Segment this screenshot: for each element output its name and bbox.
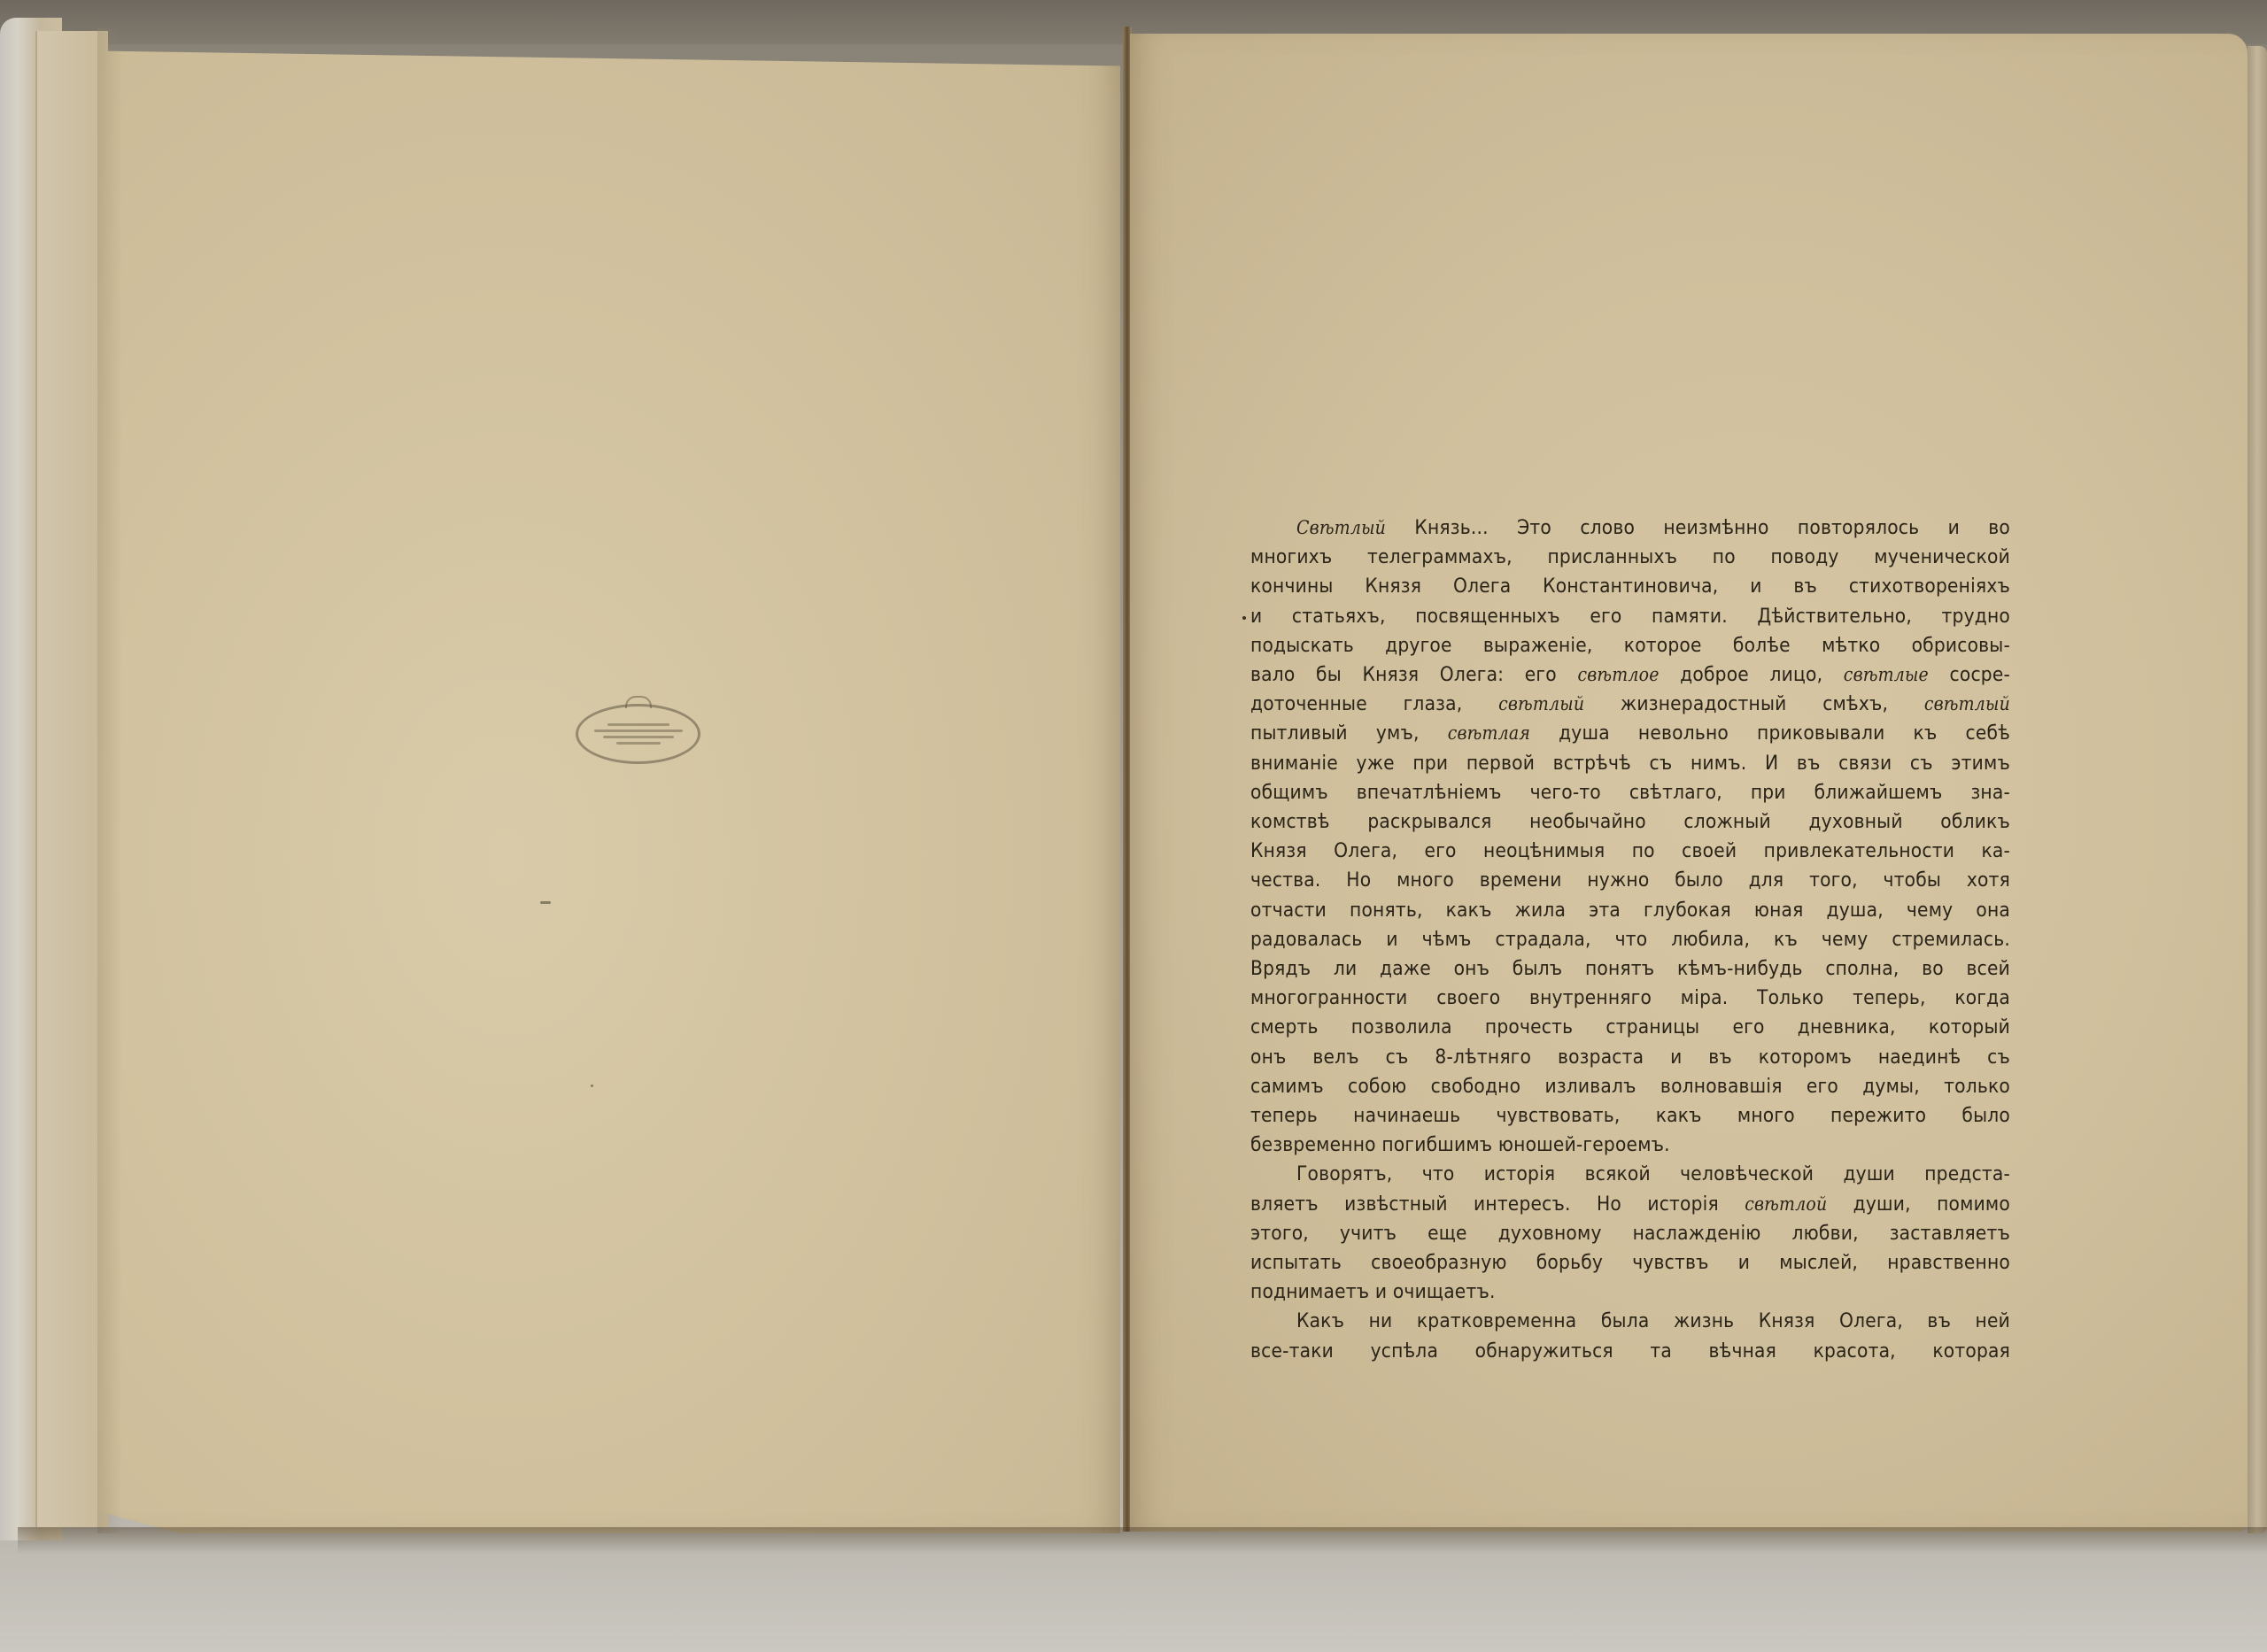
stamp-line (607, 723, 669, 726)
text-run: Какъ ни кратковременна была жизнь Князя … (1296, 1309, 2010, 1332)
text-line: доточенные глаза, свѣтлый жизнерадостный… (1250, 690, 2010, 719)
italic-word: Свѣтлый (1296, 517, 1386, 538)
text-line: вало бы Князя Олега: его свѣтлое доброе … (1250, 660, 2010, 690)
text-run: общимъ впечатлѣніемъ чего-то свѣтлаго, п… (1250, 781, 2010, 804)
text-run: доточенные глаза, (1250, 692, 1498, 715)
text-run: отчасти понять, какъ жила эта глубокая ю… (1250, 899, 2010, 922)
body-text: Свѣтлый Князь... Это слово неизмѣнно пов… (1250, 513, 2010, 1366)
text-line: этого, учитъ еще духовному наслажденію л… (1250, 1219, 2010, 1248)
text-line: кончины Князя Олега Константиновича, и в… (1250, 572, 2010, 601)
text-run: доброе лицо, (1660, 663, 1844, 686)
text-run: Князя Олега, его неоцѣнимыя по своей при… (1250, 839, 2010, 862)
page-stack-edge (2248, 46, 2267, 1533)
paragraph: Свѣтлый Князь... Это слово неизмѣнно пов… (1250, 513, 2010, 1160)
text-run: душа невольно приковывали къ себѣ (1530, 722, 2010, 745)
left-page-fold (97, 28, 122, 1533)
text-line: самимъ собою свободно изливалъ волновавш… (1250, 1072, 2010, 1101)
italic-word: свѣтлый (1498, 693, 1584, 714)
text-run: многихъ телеграммахъ, присланныхъ по пов… (1250, 545, 2010, 568)
text-line: комствѣ раскрывался необычайно сложный д… (1250, 807, 2010, 837)
stamp-crown-icon (625, 696, 652, 708)
text-line: безвременно погибшимъ юношей-героемъ. (1250, 1131, 2010, 1160)
text-line: радовалась и чѣмъ страдала, что любила, … (1250, 925, 2010, 954)
text-line: многогранности своего внутренняго міра. … (1250, 984, 2010, 1013)
text-run: Врядъ ли даже онъ былъ понятъ кѣмъ-нибуд… (1250, 957, 2010, 980)
italic-word: свѣтлые (1844, 664, 1929, 685)
text-line: подыскать другое выраженіе, которое болѣ… (1250, 631, 2010, 660)
italic-word: свѣтлая (1448, 722, 1530, 744)
stamp-line (603, 736, 674, 738)
text-line: Свѣтлый Князь... Это слово неизмѣнно пов… (1250, 513, 2010, 543)
text-line: все-таки успѣла обнаружиться та вѣчная к… (1250, 1337, 2010, 1366)
text-run: подыскать другое выраженіе, которое болѣ… (1250, 634, 2010, 657)
italic-word: свѣтлой (1745, 1193, 1827, 1215)
text-line: отчасти понять, какъ жила эта глубокая ю… (1250, 896, 2010, 925)
text-run: этого, учитъ еще духовному наслажденію л… (1250, 1222, 2010, 1245)
left-page (97, 28, 1120, 1533)
text-run: все-таки успѣла обнаружиться та вѣчная к… (1250, 1339, 2010, 1363)
text-run: пытливый умъ, (1250, 722, 1448, 745)
text-run: кончины Князя Олега Константиновича, и в… (1250, 575, 2010, 598)
text-line: чества. Но много времени нужно было для … (1250, 866, 2010, 895)
italic-word: свѣтлый (1924, 693, 2010, 714)
text-line: теперь начинаешь чувствовать, какъ много… (1250, 1101, 2010, 1131)
page-bottom-shadow (18, 1527, 2267, 1554)
text-run: чества. Но много времени нужно было для … (1250, 868, 2010, 892)
paragraph: Говорятъ, что исторія всякой человѣческо… (1250, 1160, 2010, 1307)
text-line: многихъ телеграммахъ, присланныхъ по пов… (1250, 543, 2010, 572)
text-run: вниманіе уже при первой встрѣчѣ съ нимъ.… (1250, 752, 2010, 775)
text-line: испытать своеобразную борьбу чувствъ и м… (1250, 1248, 2010, 1278)
text-run: радовалась и чѣмъ страдала, что любила, … (1250, 928, 2010, 951)
library-stamp-icon (576, 704, 700, 764)
text-run: сосре- (1929, 663, 2010, 686)
paragraph: Какъ ни кратковременна была жизнь Князя … (1250, 1307, 2010, 1365)
italic-word: свѣтлое (1577, 664, 1659, 685)
text-line: пытливый умъ, свѣтлая душа невольно прик… (1250, 719, 2010, 748)
stamp-line (594, 730, 683, 732)
margin-mark (1242, 616, 1246, 620)
text-run: многогранности своего внутренняго міра. … (1250, 986, 2010, 1009)
text-line: онъ велъ съ 8-лѣтняго возраста и въ кото… (1250, 1043, 2010, 1072)
text-run: смерть позволила прочесть страницы его д… (1250, 1015, 2010, 1038)
text-line: Князя Олега, его неоцѣнимыя по своей при… (1250, 837, 2010, 866)
text-line: Врядъ ли даже онъ былъ понятъ кѣмъ-нибуд… (1250, 954, 2010, 984)
text-line: поднимаетъ и очищаетъ. (1250, 1278, 2010, 1307)
text-run: онъ велъ съ 8-лѣтняго возраста и въ кото… (1250, 1046, 2010, 1069)
text-run: и статьяхъ, посвященныхъ его памяти. Дѣй… (1250, 605, 2010, 628)
text-run: вляетъ извѣстный интересъ. Но исторія (1250, 1193, 1745, 1216)
text-line: смерть позволила прочесть страницы его д… (1250, 1013, 2010, 1042)
text-run: поднимаетъ и очищаетъ. (1250, 1280, 1496, 1303)
paper-speck (540, 901, 551, 904)
text-run: жизнерадостный смѣхъ, (1584, 692, 1924, 715)
text-run: самимъ собою свободно изливалъ волновавш… (1250, 1075, 2010, 1098)
text-line: Какъ ни кратковременна была жизнь Князя … (1250, 1307, 2010, 1336)
text-line: общимъ впечатлѣніемъ чего-то свѣтлаго, п… (1250, 778, 2010, 807)
text-run: комствѣ раскрывался необычайно сложный д… (1250, 810, 2010, 833)
text-line: Говорятъ, что исторія всякой человѣческо… (1250, 1160, 2010, 1189)
text-run: теперь начинаешь чувствовать, какъ много… (1250, 1104, 2010, 1127)
book-photo: Свѣтлый Князь... Это слово неизмѣнно пов… (0, 0, 2267, 1652)
text-line: вниманіе уже при первой встрѣчѣ съ нимъ.… (1250, 749, 2010, 778)
text-line: вляетъ извѣстный интересъ. Но исторія св… (1250, 1190, 2010, 1219)
stamp-line (616, 742, 661, 745)
paper-speck (591, 1085, 593, 1087)
text-run: вало бы Князя Олега: его (1250, 663, 1577, 686)
text-run: Говорятъ, что исторія всякой человѣческо… (1296, 1162, 2010, 1185)
text-run: безвременно погибшимъ юношей-героемъ. (1250, 1133, 1670, 1156)
text-run: испытать своеобразную борьбу чувствъ и м… (1250, 1251, 2010, 1274)
text-run: Князь... Это слово неизмѣнно повторялось… (1386, 516, 2010, 539)
text-run: души, помимо (1827, 1193, 2010, 1216)
text-line: и статьяхъ, посвященныхъ его памяти. Дѣй… (1250, 602, 2010, 631)
